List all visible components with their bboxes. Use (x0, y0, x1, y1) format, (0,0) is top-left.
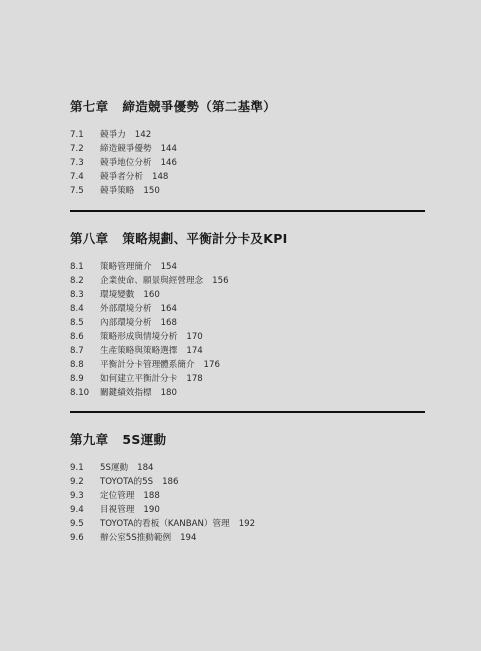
page-number: 148 (152, 170, 168, 184)
section-title: 締造競爭優勢 (100, 142, 152, 156)
chapter-number: 第七章 (70, 98, 108, 116)
section-number: 8.2 (70, 274, 100, 288)
toc-entry: 8.8平衡計分卡管理體系簡介176 (70, 358, 425, 372)
section-title: 辦公室5S推動範例 (100, 531, 171, 545)
section-number: 7.3 (70, 156, 100, 170)
section-number: 8.4 (70, 302, 100, 316)
section-number: 8.6 (70, 330, 100, 344)
page-number: 180 (161, 386, 177, 400)
page-number: 178 (186, 372, 202, 386)
chapter-divider (70, 210, 425, 212)
section-list: 8.1策略管理簡介154 8.2企業使命、願景與經營理念156 8.3環境變數1… (70, 260, 425, 400)
page-number: 194 (180, 531, 196, 545)
section-number: 9.4 (70, 503, 100, 517)
toc-entry: 8.7生產策略與策略選擇174 (70, 344, 425, 358)
toc-entry: 8.4外部環境分析164 (70, 302, 425, 316)
section-number: 8.3 (70, 288, 100, 302)
page-number: 188 (143, 489, 159, 503)
section-title: 平衡計分卡管理體系簡介 (100, 358, 195, 372)
section-number: 7.4 (70, 170, 100, 184)
section-number: 8.1 (70, 260, 100, 274)
toc-entry: 7.1競爭力142 (70, 128, 425, 142)
toc-entry: 9.6辦公室5S推動範例194 (70, 531, 425, 545)
chapter-number: 第九章 (70, 431, 108, 449)
section-number: 7.5 (70, 184, 100, 198)
chapter-title: 5S運動 (122, 432, 166, 447)
toc-entry: 8.6策略形成與情境分析170 (70, 330, 425, 344)
section-title: 環境變數 (100, 288, 134, 302)
section-title: 生產策略與策略選擇 (100, 344, 177, 358)
section-title: 策略形成與情境分析 (100, 330, 177, 344)
section-number: 7.1 (70, 128, 100, 142)
section-number: 9.1 (70, 461, 100, 475)
section-number: 7.2 (70, 142, 100, 156)
page-number: 160 (143, 288, 159, 302)
section-number: 8.10 (70, 386, 100, 400)
toc-entry: 8.3環境變數160 (70, 288, 425, 302)
section-number: 9.5 (70, 517, 100, 531)
section-title: 競爭策略 (100, 184, 134, 198)
section-title: 目視管理 (100, 503, 134, 517)
toc-entry: 8.5內部環境分析168 (70, 316, 425, 330)
page-number: 156 (212, 274, 228, 288)
section-number: 9.6 (70, 531, 100, 545)
page-number: 154 (161, 260, 177, 274)
section-title: 內部環境分析 (100, 316, 152, 330)
toc-entry: 7.5競爭策略150 (70, 184, 425, 198)
section-title: 定位管理 (100, 489, 134, 503)
toc-entry: 8.2企業使命、願景與經營理念156 (70, 274, 425, 288)
section-number: 9.3 (70, 489, 100, 503)
page-number: 192 (239, 517, 255, 531)
chapter-title: 策略規劃、平衡計分卡及KPI (122, 231, 287, 246)
chapter-7: 第七章締造競爭優勢（第二基準） 7.1競爭力142 7.2締造競爭優勢144 7… (70, 98, 425, 198)
page-number: 176 (204, 358, 220, 372)
page-number: 170 (186, 330, 202, 344)
page-number: 190 (143, 503, 159, 517)
section-number: 9.2 (70, 475, 100, 489)
section-list: 7.1競爭力142 7.2締造競爭優勢144 7.3競爭地位分析146 7.4競… (70, 128, 425, 198)
section-title: 如何建立平衡計分卡 (100, 372, 177, 386)
section-title: TOYOTA的看板（KANBAN）管理 (100, 517, 230, 531)
chapter-divider (70, 411, 425, 413)
chapter-title: 締造競爭優勢（第二基準） (122, 99, 276, 114)
chapter-number: 第八章 (70, 230, 108, 248)
section-title: 競爭者分析 (100, 170, 143, 184)
section-title: 競爭力 (100, 128, 126, 142)
page-number: 146 (161, 156, 177, 170)
section-title: 競爭地位分析 (100, 156, 152, 170)
chapter-8: 第八章策略規劃、平衡計分卡及KPI 8.1策略管理簡介154 8.2企業使命、願… (70, 230, 425, 400)
chapter-9: 第九章5S運動 9.15S運動184 9.2TOYOTA的5S186 9.3定位… (70, 431, 425, 545)
section-number: 8.9 (70, 372, 100, 386)
toc-entry: 7.2締造競爭優勢144 (70, 142, 425, 156)
section-title: 5S運動 (100, 461, 128, 475)
toc-entry: 7.3競爭地位分析146 (70, 156, 425, 170)
toc-entry: 8.9如何建立平衡計分卡178 (70, 372, 425, 386)
section-number: 8.7 (70, 344, 100, 358)
toc-entry: 7.4競爭者分析148 (70, 170, 425, 184)
page-number: 142 (135, 128, 151, 142)
toc-entry: 9.15S運動184 (70, 461, 425, 475)
section-title: 企業使命、願景與經營理念 (100, 274, 203, 288)
section-title: 外部環境分析 (100, 302, 152, 316)
page-number: 164 (161, 302, 177, 316)
page-number: 168 (161, 316, 177, 330)
page-number: 186 (162, 475, 178, 489)
section-title: 關鍵績效指標 (100, 386, 152, 400)
toc-entry: 8.1策略管理簡介154 (70, 260, 425, 274)
section-list: 9.15S運動184 9.2TOYOTA的5S186 9.3定位管理188 9.… (70, 461, 425, 545)
toc-entry: 9.4目視管理190 (70, 503, 425, 517)
chapter-heading: 第八章策略規劃、平衡計分卡及KPI (70, 230, 425, 248)
page-number: 174 (186, 344, 202, 358)
chapter-heading: 第七章締造競爭優勢（第二基準） (70, 98, 425, 116)
toc-entry: 9.5TOYOTA的看板（KANBAN）管理192 (70, 517, 425, 531)
page-number: 184 (137, 461, 153, 475)
toc-entry: 9.2TOYOTA的5S186 (70, 475, 425, 489)
toc-entry: 9.3定位管理188 (70, 489, 425, 503)
section-title: TOYOTA的5S (100, 475, 153, 489)
section-number: 8.8 (70, 358, 100, 372)
section-number: 8.5 (70, 316, 100, 330)
page-number: 144 (161, 142, 177, 156)
chapter-heading: 第九章5S運動 (70, 431, 425, 449)
section-title: 策略管理簡介 (100, 260, 152, 274)
page-number: 150 (143, 184, 159, 198)
toc-entry: 8.10關鍵績效指標180 (70, 386, 425, 400)
